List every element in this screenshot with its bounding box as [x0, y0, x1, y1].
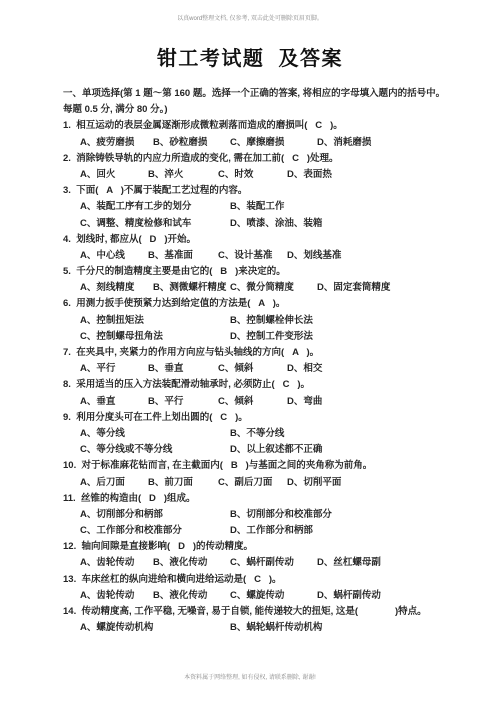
question-9-text: 9. 利用分度头可在工件上划出圆的( C )。 [63, 410, 463, 426]
question-14-text: 14. 传动精度高, 工作平稳, 无噪音, 易于自锁, 能传递较大的扭矩, 这是… [63, 604, 463, 620]
question-7-options: A、平行 B、垂直 C、倾斜 D、相交 [63, 361, 463, 377]
question-6-options-ab: A、控制扭矩法 B、控制螺栓伸长法 [63, 313, 463, 329]
option-a: A、回火 [80, 167, 148, 183]
option-a: A、疲劳磨损 [80, 135, 153, 151]
bottom-watermark-text: 本资料属于网络整理, 如有侵权, 请联系删除, 谢谢! [0, 672, 500, 681]
option-c: C、时效 [218, 167, 287, 183]
question-5-text: 5. 千分尺的制造精度主要是由它的( B )来决定的。 [63, 264, 463, 280]
option-a: A、等分线 [80, 426, 230, 442]
option-a: A、后刀面 [80, 475, 148, 491]
option-a: A、中心线 [80, 248, 148, 264]
option-b: B、基准面 [148, 248, 218, 264]
option-a: A、平行 [80, 361, 148, 377]
top-watermark-text: 以真word整理文档, 仅参考, 双击此处可删除页眉页脚。 [0, 13, 500, 22]
option-b: B、平行 [148, 394, 218, 410]
question-6-text: 6. 用测力扳手使预紧力达到给定值的方法是( A )。 [63, 296, 463, 312]
option-b: B、控制螺栓伸长法 [230, 313, 463, 329]
option-b: B、淬火 [148, 167, 218, 183]
question-6-options-cd: C、控制螺母扭角法 D、控制工件变形法 [63, 329, 463, 345]
question-13-text: 13. 车床丝杠的纵向进给和横向进给运动是( C )。 [63, 572, 463, 588]
option-d: D、相交 [287, 361, 463, 377]
question-8-options: A、垂直 B、平行 C、倾斜 D、弯曲 [63, 394, 463, 410]
question-10-text: 10. 对于标准麻花钻而言, 在主截面内( B )与基面之间的夹角称为前角。 [63, 458, 463, 474]
option-d: D、丝杠螺母副 [317, 555, 463, 571]
page-title: 钳工考试题 及答案 [0, 42, 500, 71]
option-d: D、划线基准 [287, 248, 463, 264]
option-d: D、固定套筒精度 [317, 280, 463, 296]
option-a: A、刻线精度 [80, 280, 153, 296]
option-d: D、控制工件变形法 [230, 329, 463, 345]
option-d: D、以上叙述都不正确 [230, 442, 463, 458]
option-b: B、垂直 [148, 361, 218, 377]
option-d: D、喷漆、涂油、装箱 [230, 216, 463, 232]
option-b: B、不等分线 [230, 426, 463, 442]
question-2-options: A、回火 B、淬火 C、时效 D、表面热 [63, 167, 463, 183]
option-a: A、装配工序有工步的划分 [80, 199, 230, 215]
option-d: D、消耗磨损 [317, 135, 463, 151]
section-heading-line1: 一、单项选择(第 1 题～第 160 题。选择一个正确的答案, 将相应的字母填入… [63, 86, 463, 102]
option-b: B、蜗轮蜗杆传动机构 [230, 620, 463, 636]
option-a: A、齿轮传动 [80, 588, 153, 604]
question-11-options-cd: C、工作部分和校准部分 D、工作部分和柄部 [63, 523, 463, 539]
question-8-text: 8. 采用适当的压入方法装配滑动轴承时, 必须防止( C )。 [63, 377, 463, 393]
option-b: B、液化传动 [153, 588, 230, 604]
question-7-text: 7. 在夹具中, 夹紧力的作用方向应与钻头轴线的方向( A )。 [63, 345, 463, 361]
option-c: C、蜗杆副传动 [230, 555, 317, 571]
option-d: D、蜗杆副传动 [317, 588, 463, 604]
option-c: C、控制螺母扭角法 [80, 329, 230, 345]
question-11-text: 11. 丝锥的构造由( D )组成。 [63, 491, 463, 507]
question-2-text: 2. 消除铸铁导轨的内应力所造成的变化, 需在加工前( C )处理。 [63, 151, 463, 167]
question-3-options-ab: A、装配工序有工步的划分 B、装配工作 [63, 199, 463, 215]
option-b: B、砂粒磨损 [153, 135, 230, 151]
option-c: C、设计基准 [218, 248, 287, 264]
question-9-options-ab: A、等分线 B、不等分线 [63, 426, 463, 442]
option-c: C、调整、精度检修和试车 [80, 216, 230, 232]
option-a: A、切削部分和柄部 [80, 507, 230, 523]
section-heading-line2: 每题 0.5 分, 满分 80 分。) [63, 102, 463, 118]
question-12-options: A、齿轮传动 B、液化传动 C、蜗杆副传动 D、丝杠螺母副 [63, 555, 463, 571]
option-b: B、测微螺杆精度 [153, 280, 230, 296]
option-a: A、控制扭矩法 [80, 313, 230, 329]
question-3-text: 3. 下面( A )不属于装配工艺过程的内容。 [63, 183, 463, 199]
option-c: C、等分线或不等分线 [80, 442, 230, 458]
document-body: 一、单项选择(第 1 题～第 160 题。选择一个正确的答案, 将相应的字母填入… [63, 86, 463, 636]
question-4-text: 4. 划线时, 都应从( D )开始。 [63, 232, 463, 248]
option-c: C、微分筒精度 [230, 280, 317, 296]
question-4-options: A、中心线 B、基准面 C、设计基准 D、划线基准 [63, 248, 463, 264]
question-1-text: 1. 相互运动的表层金属逐渐形成微粒剥落而造成的磨损叫( C )。 [63, 118, 463, 134]
question-9-options-cd: C、等分线或不等分线 D、以上叙述都不正确 [63, 442, 463, 458]
option-c: C、工作部分和校准部分 [80, 523, 230, 539]
option-d: D、弯曲 [287, 394, 463, 410]
question-11-options-ab: A、切削部分和柄部 B、切削部分和校准部分 [63, 507, 463, 523]
question-14-options-ab: A、螺旋传动机构 B、蜗轮蜗杆传动机构 [63, 620, 463, 636]
option-a: A、螺旋传动机构 [80, 620, 230, 636]
option-c: C、副后刀面 [218, 475, 287, 491]
option-b: B、装配工作 [230, 199, 463, 215]
option-d: D、表面热 [287, 167, 463, 183]
question-13-options: A、齿轮传动 B、液化传动 C、螺旋传动 D、蜗杆副传动 [63, 588, 463, 604]
option-a: A、齿轮传动 [80, 555, 153, 571]
question-10-options: A、后刀面 B、前刀面 C、副后刀面 D、切削平面 [63, 475, 463, 491]
option-c: C、螺旋传动 [230, 588, 317, 604]
option-b: B、切削部分和校准部分 [230, 507, 463, 523]
question-3-options-cd: C、调整、精度检修和试车 D、喷漆、涂油、装箱 [63, 216, 463, 232]
option-a: A、垂直 [80, 394, 148, 410]
option-b: B、前刀面 [148, 475, 218, 491]
document-page: 以真word整理文档, 仅参考, 双击此处可删除页眉页脚。 钳工考试题 及答案 … [0, 0, 500, 707]
question-5-options: A、刻线精度 B、测微螺杆精度 C、微分筒精度 D、固定套筒精度 [63, 280, 463, 296]
question-1-options: A、疲劳磨损 B、砂粒磨损 C、摩擦磨损 D、消耗磨损 [63, 135, 463, 151]
option-d: D、工作部分和柄部 [230, 523, 463, 539]
option-d: D、切削平面 [287, 475, 463, 491]
option-c: C、倾斜 [218, 394, 287, 410]
question-12-text: 12. 轴向间隙是直接影响( D )的传动精度。 [63, 539, 463, 555]
option-b: B、液化传动 [153, 555, 230, 571]
option-c: C、摩擦磨损 [230, 135, 317, 151]
option-c: C、倾斜 [218, 361, 287, 377]
